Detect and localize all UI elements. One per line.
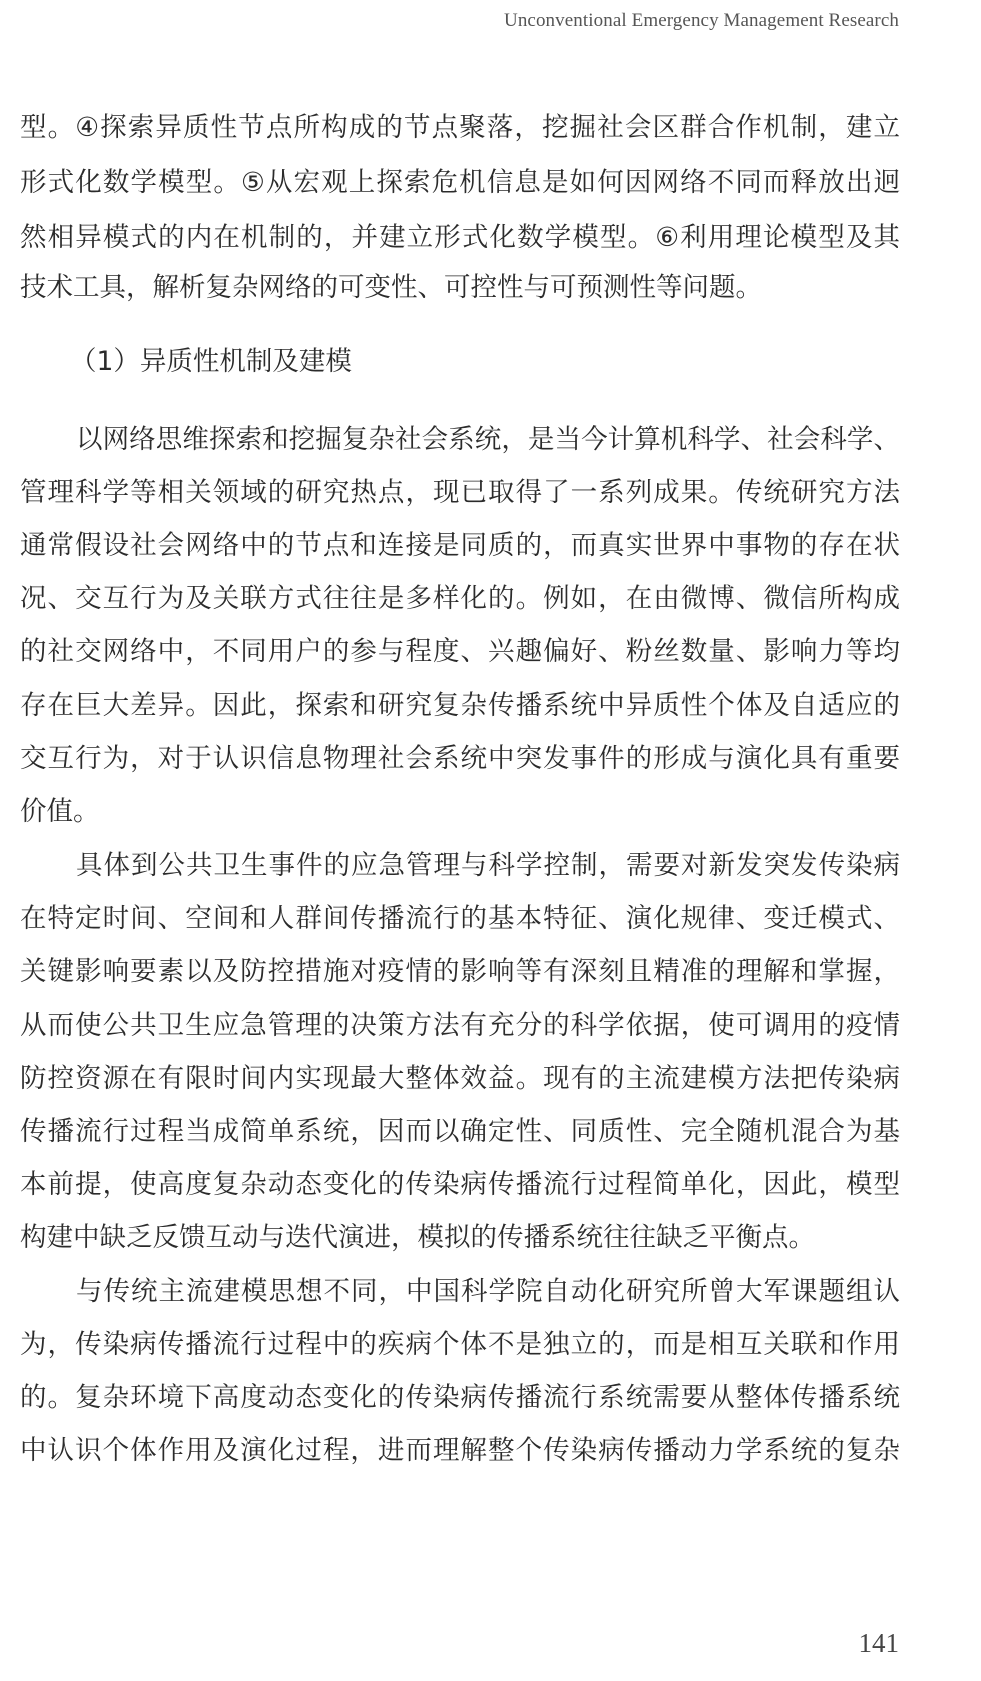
running-header-title: Unconventional Emergency Management Rese… [504,10,899,32]
text-line: 存在巨大差异。因此，探索和研究复杂传播系统中异质性个体及自适应的 [20,686,900,726]
text-line: 在特定时间、空间和人群间传播流行的基本特征、演化规律、变迁模式、 [20,899,900,939]
text-line: 价值。 [20,792,900,832]
text-line: 本前提，使高度复杂动态变化的传染病传播流行过程简单化，因此，模型 [20,1165,900,1205]
section-heading: （1）异质性机制及建模 [70,342,352,382]
text-line: 管理科学等相关领域的研究热点，现已取得了一系列成果。传统研究方法 [20,473,900,513]
text-line: 型。④探索异质性节点所构成的节点聚落，挖掘社会区群合作机制，建立 [20,108,900,148]
text-line: 与传统主流建模思想不同，中国科学院自动化研究所曾大军课题组认 [76,1272,900,1312]
text-line: 以网络思维探索和挖掘复杂社会系统，是当今计算机科学、社会科学、 [76,420,900,460]
text-line: 形式化数学模型。⑤从宏观上探索危机信息是如何因网络不同而释放出迥 [20,163,900,203]
text-line: 交互行为，对于认识信息物理社会系统中突发事件的形成与演化具有重要 [20,739,900,779]
text-line: 技术工具，解析复杂网络的可变性、可控性与可预测性等问题。 [20,268,900,308]
page-number: 141 [859,1628,900,1659]
text-line: 关键影响要素以及防控措施对疫情的影响等有深刻且精准的理解和掌握， [20,952,900,992]
text-line: 防控资源在有限时间内实现最大整体效益。现有的主流建模方法把传染病 [20,1059,900,1099]
text-line: 构建中缺乏反馈互动与迭代演进，模拟的传播系统往往缺乏平衡点。 [20,1218,900,1258]
text-line: 况、交互行为及关联方式往往是多样化的。例如，在由微博、微信所构成 [20,579,900,619]
text-line: 为，传染病传播流行过程中的疾病个体不是独立的，而是相互关联和作用 [20,1325,900,1365]
text-line: 通常假设社会网络中的节点和连接是同质的，而真实世界中事物的存在状 [20,526,900,566]
text-line: 传播流行过程当成简单系统，因而以确定性、同质性、完全随机混合为基 [20,1112,900,1152]
text-line: 的。复杂环境下高度动态变化的传染病传播流行系统需要从整体传播系统 [20,1378,900,1418]
text-line: 然相异模式的内在机制的，并建立形式化数学模型。⑥利用理论模型及其 [20,218,900,258]
text-line: 中认识个体作用及演化过程，进而理解整个传染病传播动力学系统的复杂 [20,1431,900,1471]
text-line: 具体到公共卫生事件的应急管理与科学控制，需要对新发突发传染病 [76,846,900,886]
text-line: 的社交网络中，不同用户的参与程度、兴趣偏好、粉丝数量、影响力等均 [20,632,900,672]
text-line: 从而使公共卫生应急管理的决策方法有充分的科学依据，使可调用的疫情 [20,1006,900,1046]
